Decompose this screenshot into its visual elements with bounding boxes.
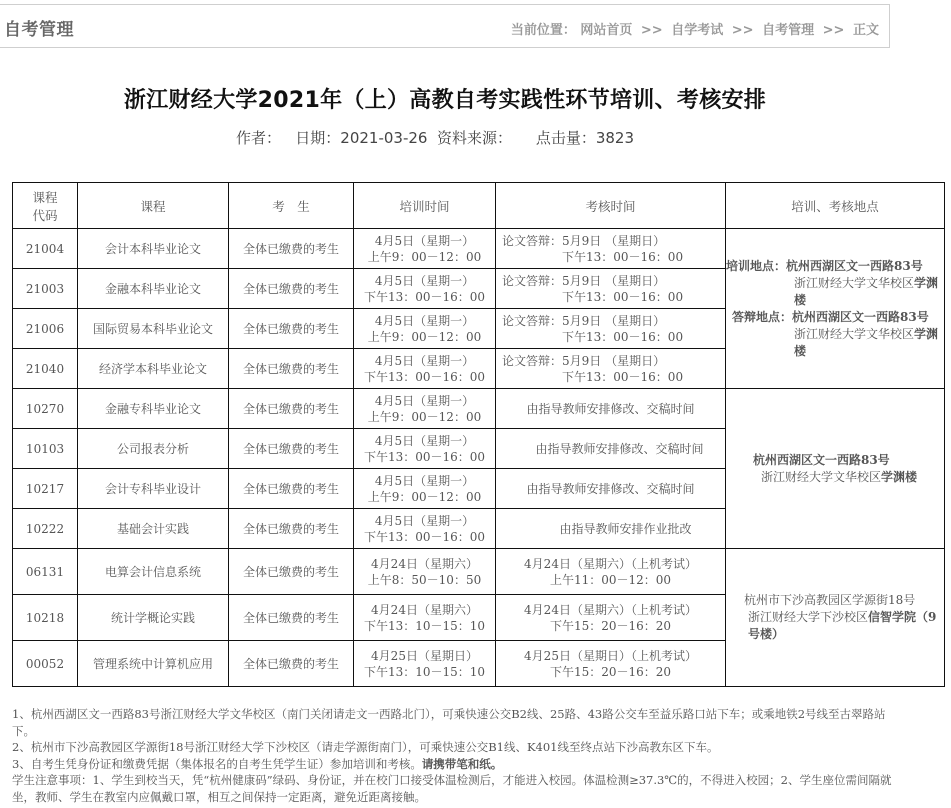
examinee: 全体已缴费的考生 <box>229 429 354 469</box>
course-code: 06131 <box>13 549 78 595</box>
table-row: 10270 金融专科毕业论文 全体已缴费的考生 4月5日（星期一）上午9：00－… <box>13 389 945 429</box>
schedule-table: 课程代码 课程 考 生 培训时间 考核时间 培训、考核地点 21004 会计本科… <box>12 182 945 687</box>
examinee: 全体已缴费的考生 <box>229 389 354 429</box>
article-title: 浙江财经大学2021年（上）高教自考实践性环节培训、考核安排 <box>0 83 890 114</box>
notes-section: 1、杭州西湖区文一西路83号浙江财经大学文华校区（南门关闭请走文一西路北门），可… <box>12 706 892 805</box>
course-name: 电算会计信息系统 <box>78 549 229 595</box>
note-id-requirement: 3、自考生凭身份证和缴费凭据（集体报名的自考生凭学生证）参加培训和考核。请携带笔… <box>12 756 892 773</box>
table-row: 21004 会计本科毕业论文 全体已缴费的考生 4月5日（星期一）上午9：00－… <box>13 229 945 269</box>
course-name: 国际贸易本科毕业论文 <box>78 309 229 349</box>
course-code: 21004 <box>13 229 78 269</box>
course-name: 金融专科毕业论文 <box>78 389 229 429</box>
note-wenhua-directions: 1、杭州西湖区文一西路83号浙江财经大学文华校区（南门关闭请走文一西路北门），可… <box>12 706 892 739</box>
course-code: 10222 <box>13 509 78 549</box>
course-name: 管理系统中计算机应用 <box>78 641 229 687</box>
training-time: 4月5日（星期一）上午9：00－12：00 <box>354 469 496 509</box>
section-header-bar: 自考管理 当前位置： 网站首页 >> 自学考试 >> 自考管理 >> 正文 <box>0 4 890 48</box>
note-xiasha-directions: 2、杭州市下沙高教园区学源街18号浙江财经大学下沙校区（请走学源街南门），可乘快… <box>12 739 892 756</box>
training-time: 4月5日（星期一）上午9：00－12：00 <box>354 229 496 269</box>
course-code: 21040 <box>13 349 78 389</box>
header-location: 培训、考核地点 <box>726 183 945 229</box>
examinee: 全体已缴费的考生 <box>229 595 354 641</box>
breadcrumb-exam-management-link[interactable]: 自考管理 <box>762 23 814 38</box>
course-code: 10103 <box>13 429 78 469</box>
breadcrumb-prefix: 当前位置： <box>511 23 576 38</box>
exam-time: 4月24日（星期六）（上机考试）上午11：00－12：00 <box>496 549 726 595</box>
course-code: 21006 <box>13 309 78 349</box>
exam-time: 由指导教师安排修改、交稿时间 <box>496 469 726 509</box>
examinee: 全体已缴费的考生 <box>229 229 354 269</box>
breadcrumb-separator: >> <box>732 23 754 38</box>
breadcrumb-separator: >> <box>641 23 663 38</box>
breadcrumb-separator: >> <box>823 23 845 38</box>
training-time: 4月5日（星期一）下午13：00－16：00 <box>354 269 496 309</box>
exam-time: 论文答辩：5月9日 （星期日）下午13：00－16：00 <box>496 269 726 309</box>
course-code: 10218 <box>13 595 78 641</box>
location-wenhua-group1: 培训地点：杭州西湖区文一西路83号 浙江财经大学文华校区学渊楼 答辩地点：杭州西… <box>726 229 945 389</box>
course-code: 21003 <box>13 269 78 309</box>
exam-time: 4月25日（星期日）（上机考试）下午15：20－16：20 <box>496 641 726 687</box>
course-name: 公司报表分析 <box>78 429 229 469</box>
training-time: 4月24日（星期六）上午8：50－10：50 <box>354 549 496 595</box>
exam-time: 由指导教师安排修改、交稿时间 <box>496 389 726 429</box>
course-name: 会计专科毕业设计 <box>78 469 229 509</box>
location-wenhua-group2: 杭州西湖区文一西路83号 浙江财经大学文华校区学渊楼 <box>726 389 945 549</box>
training-time: 4月25日（星期日）下午13：10－15：10 <box>354 641 496 687</box>
examinee: 全体已缴费的考生 <box>229 641 354 687</box>
header-course: 课程 <box>78 183 229 229</box>
examinee: 全体已缴费的考生 <box>229 549 354 595</box>
table-row: 06131 电算会计信息系统 全体已缴费的考生 4月24日（星期六）上午8：50… <box>13 549 945 595</box>
course-name: 经济学本科毕业论文 <box>78 349 229 389</box>
header-course-code: 课程代码 <box>13 183 78 229</box>
exam-time: 论文答辩：5月9日 （星期日）下午13：00－16：00 <box>496 309 726 349</box>
examinee: 全体已缴费的考生 <box>229 269 354 309</box>
training-time: 4月5日（星期一）下午13：00－16：00 <box>354 349 496 389</box>
header-training-time: 培训时间 <box>354 183 496 229</box>
header-exam-time: 考核时间 <box>496 183 726 229</box>
course-name: 会计本科毕业论文 <box>78 229 229 269</box>
training-time: 4月5日（星期一）上午9：00－12：00 <box>354 389 496 429</box>
course-name: 基础会计实践 <box>78 509 229 549</box>
course-code: 10270 <box>13 389 78 429</box>
exam-time: 论文答辩：5月9日 （星期日）下午13：00－16：00 <box>496 229 726 269</box>
section-title: 自考管理 <box>4 15 74 40</box>
breadcrumb-current: 正文 <box>853 23 879 38</box>
training-time: 4月5日（星期一）下午13：00－16：00 <box>354 509 496 549</box>
course-code: 00052 <box>13 641 78 687</box>
note-student-precautions: 学生注意事项：1、学生到校当天，凭“杭州健康码”绿码、身份证，并在校门口接受体温… <box>12 772 892 805</box>
examinee: 全体已缴费的考生 <box>229 509 354 549</box>
training-time: 4月5日（星期一）上午9：00－12：00 <box>354 309 496 349</box>
location-xiasha-group3: 杭州市下沙高教园区学源街18号 浙江财经大学下沙校区信智学院（9号楼） <box>726 549 945 687</box>
training-time: 4月24日（星期六）下午13：10－15：10 <box>354 595 496 641</box>
exam-time: 由指导教师安排作业批改 <box>496 509 726 549</box>
examinee: 全体已缴费的考生 <box>229 309 354 349</box>
breadcrumb-home-link[interactable]: 网站首页 <box>580 23 632 38</box>
breadcrumb: 当前位置： 网站首页 >> 自学考试 >> 自考管理 >> 正文 <box>511 19 879 38</box>
course-name: 金融本科毕业论文 <box>78 269 229 309</box>
exam-time: 论文答辩：5月9日 （星期日）下午13：00－16：00 <box>496 349 726 389</box>
breadcrumb-self-study-link[interactable]: 自学考试 <box>671 23 723 38</box>
course-name: 统计学概论实践 <box>78 595 229 641</box>
exam-time: 由指导教师安排修改、交稿时间 <box>496 429 726 469</box>
course-code: 10217 <box>13 469 78 509</box>
table-header-row: 课程代码 课程 考 生 培训时间 考核时间 培训、考核地点 <box>13 183 945 229</box>
training-time: 4月5日（星期一）下午13：00－16：00 <box>354 429 496 469</box>
exam-time: 4月24日（星期六）（上机考试）下午15：20－16：20 <box>496 595 726 641</box>
examinee: 全体已缴费的考生 <box>229 349 354 389</box>
header-examinee: 考 生 <box>229 183 354 229</box>
article-meta: 作者： 日期：2021-03-26 资料来源： 点击量：3823 <box>0 127 870 148</box>
examinee: 全体已缴费的考生 <box>229 469 354 509</box>
